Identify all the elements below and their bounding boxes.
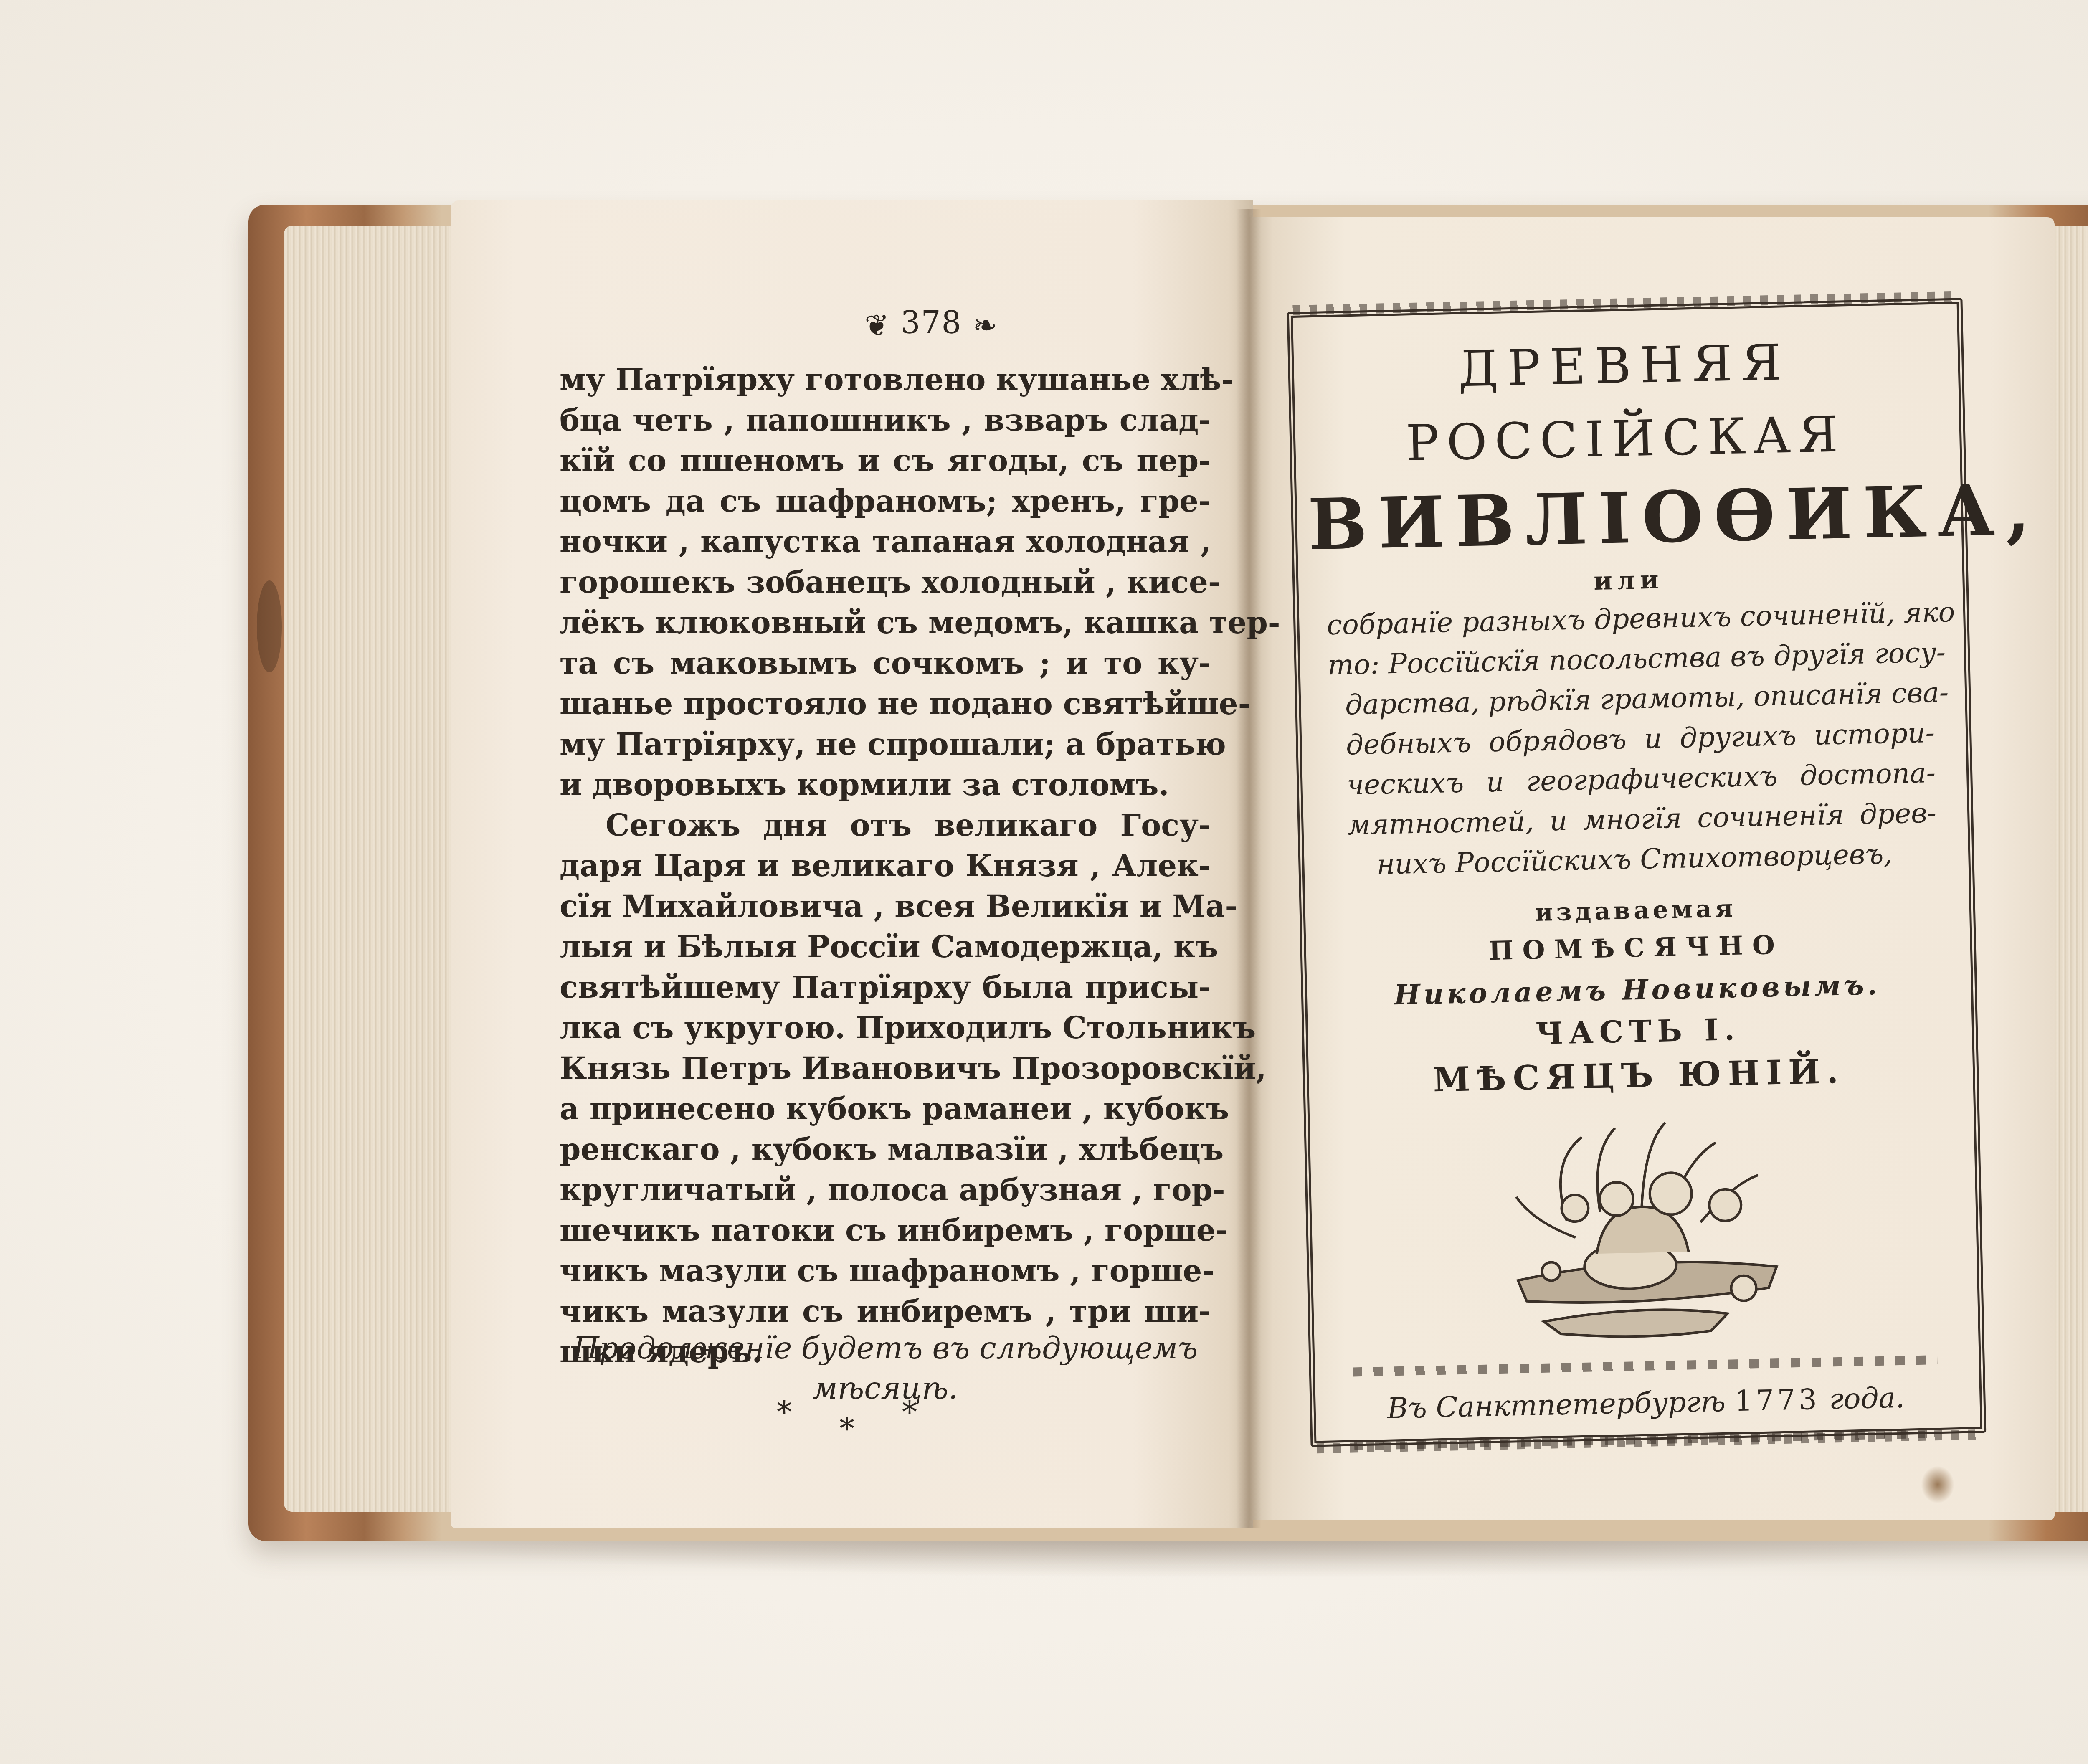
text-line: та съ маковымъ сочкомъ ; и то ку- bbox=[560, 643, 1211, 683]
continuation-line-1: Продолженїе будетъ въ слѣдующемъ bbox=[560, 1328, 1211, 1368]
text-line: Князь Петръ Ивановичъ Прозоровскїй, bbox=[560, 1048, 1211, 1088]
text-line: му Патрїярху, не спрошали; а братью bbox=[560, 724, 1211, 764]
text-line: святѣйшему Патрїярху была присы- bbox=[560, 967, 1211, 1007]
body-text: му Патрїярху готовлено кушанье хлѣ- бца … bbox=[560, 359, 1211, 1372]
imprint-place: Въ Санктпетербургѣ bbox=[1387, 1385, 1726, 1425]
text-line: лёкъ клюковный съ медомъ, кашка тер- bbox=[560, 602, 1211, 643]
asterisk-icon: * bbox=[839, 1412, 854, 1447]
text-line: чикъ мазули съ шафраномъ , горше- bbox=[560, 1250, 1211, 1291]
text-line: Сегожъ дня отъ великаго Госу- bbox=[560, 805, 1211, 845]
imprint: Въ Санктпетербургѣ 1773 года. bbox=[1326, 1374, 1966, 1433]
page-number-value: 378 bbox=[900, 305, 962, 341]
cover-wear-spot bbox=[257, 580, 282, 672]
folio-ornament-right-icon: ❧ bbox=[973, 308, 998, 342]
asterisk-icon: * bbox=[777, 1395, 792, 1430]
page-block-left-edge bbox=[284, 226, 459, 1512]
title-line-2: РОССІЙСКАЯ bbox=[1305, 398, 1946, 479]
imprint-suffix: года. bbox=[1829, 1381, 1905, 1416]
title-page: ДРЕВНЯЯ РОССІЙСКАЯ ВИВЛІОѲИКА, или собра… bbox=[1304, 311, 1966, 1450]
rope-rule-top bbox=[1353, 1355, 1937, 1376]
text-line: сїя Михайловича , всея Великїя и Ма- bbox=[560, 886, 1211, 926]
text-line: ренскаго , кубокъ малвазїи , хлѣбецъ bbox=[560, 1129, 1211, 1169]
text-line: чикъ мазули съ инбиремъ , три ши- bbox=[560, 1291, 1211, 1331]
page-number: ❦ 378 ❧ bbox=[827, 305, 1036, 342]
title-line-1: ДРЕВНЯЯ bbox=[1304, 327, 1944, 403]
title-line-3: ВИВЛІОѲИКА, bbox=[1307, 469, 1948, 566]
asterism: * * * bbox=[777, 1395, 944, 1453]
subtitle-description: собранїе разныхъ древнихъ сочиненїй, яко… bbox=[1310, 592, 1954, 886]
text-line: бца четь , папошникъ , взваръ слад- bbox=[560, 400, 1211, 440]
text-line: даря Царя и великаго Князя , Алек- bbox=[560, 845, 1211, 886]
text-line: кїй со пшеномъ и съ ягоды, съ пер- bbox=[560, 440, 1211, 481]
text-line: лыя и Бѣлыя Россїи Самодержца, къ bbox=[560, 926, 1211, 967]
text-line: цомъ да съ шафраномъ; хренъ, гре- bbox=[560, 481, 1211, 521]
text-line: лка съ укругою. Приходилъ Стольникъ bbox=[560, 1007, 1211, 1048]
text-line: кругличатый , полоса арбузная , гор- bbox=[560, 1169, 1211, 1210]
folio-ornament-left-icon: ❦ bbox=[864, 308, 890, 342]
imprint-year: 1773 bbox=[1734, 1383, 1821, 1418]
paper-stain bbox=[1921, 1466, 1954, 1503]
asterisk-icon: * bbox=[902, 1395, 917, 1430]
text-line: горошекъ зобанецъ холодный , кисе- bbox=[560, 562, 1211, 602]
text-line: а принесено кубокъ раманеи , кубокъ bbox=[560, 1088, 1211, 1129]
text-line: му Патрїярху готовлено кушанье хлѣ- bbox=[560, 359, 1211, 400]
text-line: шанье простояло не подано святѣйше- bbox=[560, 683, 1211, 724]
text-line: ночки , капустка тапаная холодная , bbox=[560, 521, 1211, 562]
text-line: и дворовыхъ кормили за столомъ. bbox=[560, 764, 1211, 805]
text-line: шечикъ патоки съ инбиремъ , горше- bbox=[560, 1210, 1211, 1250]
flower-basket-woodcut-icon bbox=[1490, 1108, 1795, 1348]
book-gutter bbox=[1236, 209, 1261, 1528]
